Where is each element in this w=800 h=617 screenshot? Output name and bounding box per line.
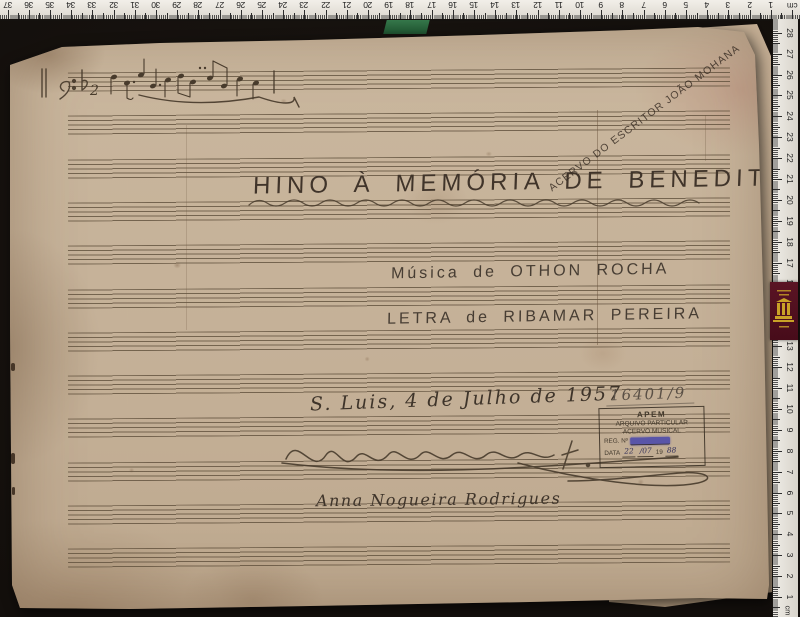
cm-tick	[527, 13, 528, 20]
ruler-number: 3	[785, 549, 795, 561]
cm-tick	[177, 10, 178, 19]
cm-tick	[145, 13, 146, 20]
cm-tick	[773, 440, 780, 441]
catalog-number: 16401/9	[606, 383, 695, 406]
cm-tick	[230, 13, 231, 20]
cm-tick	[379, 13, 380, 20]
ruler-number: 31	[128, 0, 142, 10]
cm-tick	[773, 189, 780, 190]
cm-tick	[773, 566, 780, 567]
ruler-number: 2	[743, 0, 757, 10]
cm-tick	[580, 10, 581, 19]
ruler-number: 23	[785, 131, 795, 143]
cm-tick	[750, 10, 751, 19]
cm-tick	[675, 13, 676, 20]
cm-tick	[773, 106, 780, 107]
ruler-number: 1	[764, 0, 778, 10]
cm-tick	[773, 75, 782, 76]
ruler-number: 21	[785, 173, 795, 185]
ruler-number: 8	[785, 445, 795, 457]
cm-tick	[273, 13, 274, 20]
ruler-number: 3	[721, 0, 735, 10]
cm-tick	[773, 231, 780, 232]
cm-tick	[773, 534, 782, 535]
ruler-number: 27	[213, 0, 227, 10]
ruler-number: 7	[637, 0, 651, 10]
ruler-number: 36	[22, 0, 36, 10]
cm-tick	[773, 200, 782, 201]
cm-tick	[538, 10, 539, 19]
ruler-number: 23	[297, 0, 311, 10]
ruler-number: 22	[785, 152, 795, 164]
cm-tick	[773, 503, 780, 504]
cm-tick	[622, 10, 623, 19]
ruler-number: 24	[276, 0, 290, 10]
ruler-number: 11	[785, 382, 795, 394]
cm-tick	[773, 210, 780, 211]
stamp-reg-label: REG. Nº	[604, 438, 628, 446]
ruler-number: 13	[785, 340, 795, 352]
cm-tick	[773, 263, 782, 264]
cm-tick	[654, 13, 655, 20]
cm-tick	[463, 13, 464, 20]
cm-tick	[773, 409, 782, 410]
cm-tick	[773, 555, 782, 556]
ruler-marker-tab	[383, 20, 429, 34]
cm-tick	[103, 13, 104, 20]
cm-tick	[773, 576, 782, 577]
cm-tick	[771, 10, 772, 19]
work-title: HINO À MEMÓRIA DE BENEDITO LEITE	[253, 165, 714, 200]
ruler-number: 33	[85, 0, 99, 10]
bass-clef-glyph	[60, 82, 70, 99]
cm-tick	[644, 10, 645, 19]
cm-tick	[50, 10, 51, 19]
cm-tick	[773, 513, 782, 514]
cm-tick	[773, 357, 780, 358]
ruler-number: 6	[785, 487, 795, 499]
cm-tick	[773, 148, 780, 149]
ruler-number: 22	[319, 0, 333, 10]
cm-tick	[773, 545, 780, 546]
cm-tick	[760, 13, 761, 20]
time-signature-text: 2	[89, 83, 99, 99]
cm-tick	[773, 137, 782, 138]
ruler-number: 6	[658, 0, 672, 10]
cm-tick	[773, 95, 782, 96]
ruler-number: 30	[149, 0, 163, 10]
flat-glyph	[82, 70, 87, 90]
cm-tick	[283, 10, 284, 19]
ruler-number: 21	[340, 0, 354, 10]
cm-tick	[773, 524, 780, 525]
cm-tick	[773, 378, 780, 379]
cm-tick	[516, 10, 517, 19]
ruler-number: 4	[785, 528, 795, 540]
cm-tick	[389, 10, 390, 19]
cm-tick	[506, 13, 507, 20]
cm-tick	[773, 242, 782, 243]
cm-tick	[773, 252, 780, 253]
ruler-number: 20	[361, 0, 375, 10]
music-incipit: 2	[34, 53, 304, 111]
ruler-number: 9	[785, 424, 795, 436]
cm-tick	[686, 10, 687, 19]
ruler-number: 15	[467, 0, 481, 10]
cm-tick	[453, 10, 454, 19]
stamp-date-month: /07	[638, 446, 654, 457]
cm-tick	[442, 13, 443, 20]
ruler-number: 9	[594, 0, 608, 10]
cm-tick	[124, 13, 125, 20]
right-ruler-unit: cm	[784, 606, 793, 616]
staff	[68, 284, 730, 308]
ruler-number: 24	[785, 110, 795, 122]
binding-stitch	[12, 487, 15, 495]
fold-crease	[705, 115, 706, 161]
cm-tick	[773, 273, 780, 274]
manuscript-page: 2	[10, 25, 770, 611]
cm-tick	[315, 13, 316, 20]
ruler-number: 12	[531, 0, 545, 10]
cm-tick	[773, 64, 780, 65]
ruler-number: 35	[43, 0, 57, 10]
stamp-date-day: 22	[622, 447, 636, 458]
manuscript-page-wrap: 2	[10, 25, 770, 611]
ruler-number: 20	[785, 194, 795, 206]
cm-tick	[421, 13, 422, 20]
cm-tick	[326, 10, 327, 19]
cm-tick	[773, 461, 780, 462]
cm-tick	[739, 13, 740, 20]
stamp-date-label: DATA	[604, 449, 620, 457]
cm-tick	[368, 10, 369, 19]
cm-tick	[251, 13, 252, 20]
cm-tick	[773, 451, 782, 452]
cm-tick	[773, 419, 780, 420]
cm-tick	[135, 10, 136, 19]
cm-tick	[773, 388, 782, 389]
ruler-number: 4	[700, 0, 714, 10]
cm-tick	[156, 10, 157, 19]
cm-tick	[29, 10, 30, 19]
ruler-number: 11	[552, 0, 566, 10]
ruler-number: 28	[191, 0, 205, 10]
apem-crest	[770, 282, 798, 340]
ruler-number: 28	[785, 27, 795, 39]
note-stems	[111, 59, 253, 100]
cm-tick	[92, 10, 93, 19]
cm-tick	[71, 10, 72, 19]
cm-tick	[773, 398, 780, 399]
ruler-number: 27	[785, 48, 795, 60]
ruler-number: 13	[509, 0, 523, 10]
ruler-number: 1	[785, 591, 795, 603]
stamp-reg-number-blot	[630, 437, 670, 446]
stamp-date-year: 88	[665, 446, 679, 457]
ruler-number: 2	[785, 570, 795, 582]
cm-tick	[707, 10, 708, 19]
cm-tick	[773, 607, 780, 608]
cm-tick	[773, 597, 782, 598]
fold-crease	[186, 125, 187, 330]
cm-tick	[601, 10, 602, 19]
cm-tick	[241, 10, 242, 19]
cm-tick	[773, 116, 782, 117]
ruler-number: 34	[64, 0, 78, 10]
ruler-number: 18	[785, 236, 795, 248]
cm-tick	[665, 10, 666, 19]
cm-tick	[773, 179, 782, 180]
cm-tick	[61, 13, 62, 20]
cm-tick	[410, 10, 411, 19]
cm-tick	[198, 10, 199, 19]
ruler-number: 18	[403, 0, 417, 10]
cm-tick	[612, 13, 613, 20]
ruler-number: 17	[785, 257, 795, 269]
top-ruler-unit: cm	[787, 1, 798, 10]
cm-tick	[773, 127, 780, 128]
cm-tick	[773, 587, 780, 588]
cm-tick	[773, 169, 780, 170]
ruler-number: 14	[488, 0, 502, 10]
top-ruler: 1234567891011121314151617181920212223242…	[0, 0, 800, 21]
cm-tick	[336, 13, 337, 20]
cm-tick	[559, 10, 560, 19]
ruler-number: 5	[785, 507, 795, 519]
cm-tick	[773, 430, 782, 431]
cm-tick	[548, 13, 549, 20]
apem-crest-emblem	[770, 282, 798, 340]
cm-tick	[773, 482, 780, 483]
cm-tick	[8, 10, 9, 19]
ruler-number: 10	[573, 0, 587, 10]
title-underline	[247, 198, 703, 210]
cm-tick	[697, 13, 698, 20]
stamp-date-century: 19	[656, 449, 663, 457]
ruler-number: 8	[615, 0, 629, 10]
cm-tick	[474, 10, 475, 19]
ruler-number: 19	[382, 0, 396, 10]
cm-tick	[220, 10, 221, 19]
binding-stitch	[11, 363, 15, 371]
cm-tick	[262, 10, 263, 19]
cm-tick	[304, 10, 305, 19]
cm-tick	[633, 13, 634, 20]
owner-name-line: Anna Nogueira Rodrigues	[316, 489, 561, 511]
ruler-number: 5	[679, 0, 693, 10]
ruler-number: 26	[234, 0, 248, 10]
cm-tick	[773, 158, 782, 159]
cm-tick	[773, 33, 782, 34]
ruler-number: 26	[785, 69, 795, 81]
cm-tick	[114, 10, 115, 19]
music-credit-line: Música de OTHON ROCHA	[391, 261, 670, 284]
cm-tick	[773, 472, 782, 473]
ruler-number: 12	[785, 361, 795, 373]
cm-tick	[82, 13, 83, 20]
cm-tick	[18, 13, 19, 20]
cm-tick	[209, 13, 210, 20]
ruler-number: 25	[785, 89, 795, 101]
cm-tick	[167, 13, 168, 20]
ruler-number: 10	[785, 403, 795, 415]
cm-tick	[569, 13, 570, 20]
cm-tick	[773, 221, 782, 222]
cm-tick	[773, 367, 782, 368]
staff	[68, 327, 730, 351]
cm-tick	[591, 13, 592, 20]
cm-tick	[773, 346, 782, 347]
ruler-number: 7	[785, 466, 795, 478]
archive-photo-backdrop: 2	[0, 0, 800, 617]
cm-tick	[495, 10, 496, 19]
cm-tick	[773, 493, 782, 494]
cm-tick	[728, 10, 729, 19]
binding-stitch	[11, 453, 15, 464]
cm-tick	[432, 10, 433, 19]
cm-tick	[773, 54, 782, 55]
ruler-number: 16	[446, 0, 460, 10]
cm-tick	[400, 13, 401, 20]
cm-tick	[357, 13, 358, 20]
ruler-number: 37	[1, 0, 15, 10]
cm-tick	[39, 13, 40, 20]
cm-tick	[485, 13, 486, 20]
ruler-number: 29	[170, 0, 184, 10]
cm-tick	[294, 13, 295, 20]
cm-tick	[188, 13, 189, 20]
cm-tick	[773, 43, 780, 44]
cm-tick	[773, 85, 780, 86]
ruler-number: 25	[255, 0, 269, 10]
ruler-number: 17	[425, 0, 439, 10]
cm-tick	[347, 10, 348, 19]
staff	[68, 544, 730, 568]
cm-tick	[792, 10, 793, 19]
archive-stamp-box: APEM ARQUIVO PARTICULAR ACERVO MUSICAL R…	[598, 406, 705, 468]
cm-tick	[718, 13, 719, 20]
ruler-number: 19	[785, 215, 795, 227]
ruler-number: 32	[107, 0, 121, 10]
lyrics-credit-line: LETRA de RIBAMAR PEREIRA	[387, 305, 702, 329]
